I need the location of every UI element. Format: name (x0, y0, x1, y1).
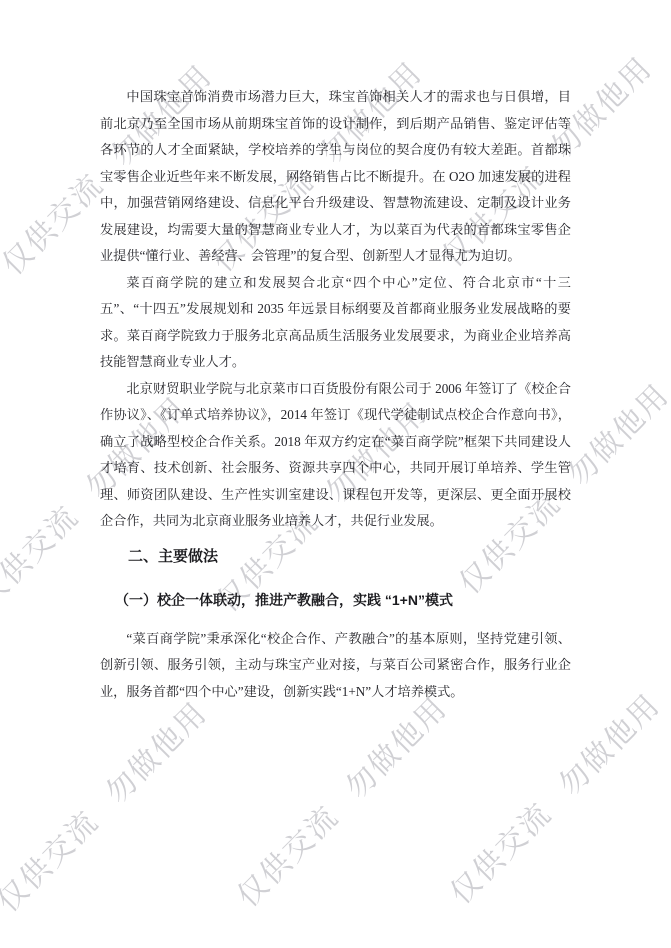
watermark-text: 仅供交流 勿做他用 (0, 690, 215, 920)
watermark-text: 仅供交流 勿做他用 (225, 685, 455, 915)
section-heading-main-practices: 二、主要做法 (128, 543, 571, 571)
subsection-heading-school-enterprise-integration: （一）校企一体联动，推进产教融合，实践 “1+N”模式 (115, 586, 571, 614)
paragraph-jewelry-market-demand: 中国珠宝首饰消费市场潜力巨大，珠宝首饰相关人才的需求也与日俱增，目前北京乃至全国… (100, 84, 571, 270)
document-page: 仅供交流 勿做他用 仅供交流 勿做他用 仅供交流 勿做他用 仅供交流 勿做他用 … (0, 0, 671, 948)
paragraph-cooperation-history: 北京财贸职业学院与北京菜市口百货股份有限公司于 2006 年签订了《校企合作协议… (100, 376, 571, 535)
paragraph-college-positioning: 菜百商学院的建立和发展契合北京“四个中心”定位、符合北京市“十三五”、“十四五”… (100, 270, 571, 376)
watermark-text: 仅供交流 勿做他用 (438, 682, 668, 912)
paragraph-1n-training-model: “菜百商学院”秉承深化“校企合作、产教融合”的基本原则，坚持党建引领、创新引领、… (100, 626, 571, 706)
document-content: 中国珠宝首饰消费市场潜力巨大，珠宝首饰相关人才的需求也与日俱增，目前北京乃至全国… (100, 0, 571, 705)
